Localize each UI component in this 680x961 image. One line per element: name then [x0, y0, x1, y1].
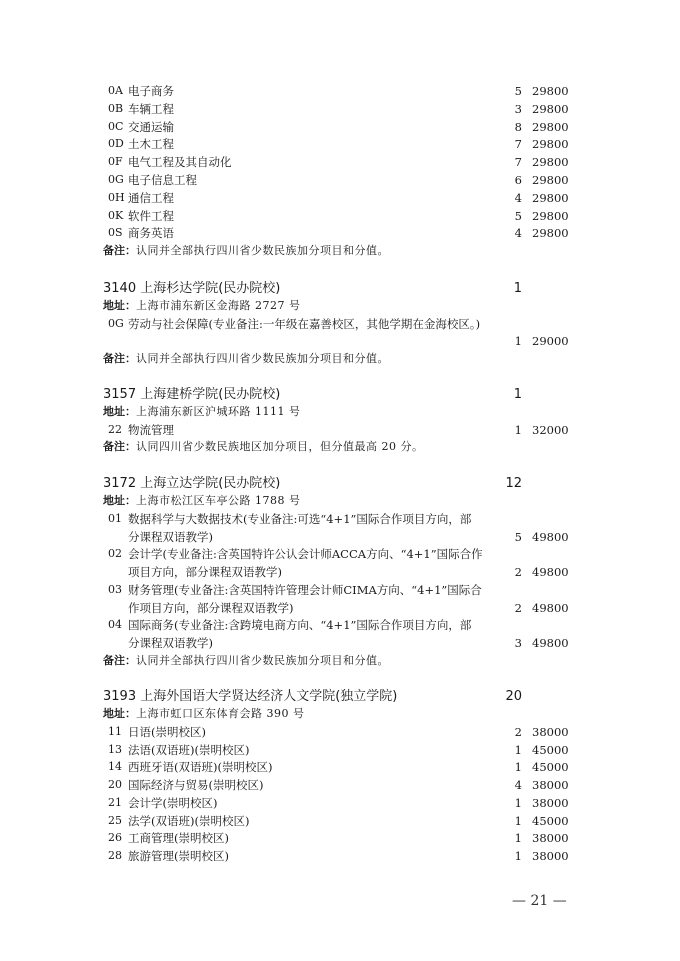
- school-title: 3140 上海杉达学院(民办院校): [103, 279, 280, 299]
- major-count: 5: [508, 82, 522, 100]
- address-row: 地址：上海市浦东新区金海路 2727 号: [0, 297, 680, 315]
- major-name: 劳动与社会保障(专业备注:一年级在嘉善校区，其他学期在金海校区。): [128, 315, 480, 333]
- major-name: 车辆工程: [128, 100, 174, 118]
- major-fee: 45000: [532, 741, 568, 759]
- note-label: 备注：: [103, 440, 136, 453]
- major-count: 2: [508, 563, 522, 581]
- major-row: 20 国际经济与贸易(崇明校区) 4 38000: [0, 776, 680, 794]
- major-fee: 49800: [532, 528, 568, 546]
- major-fee: 29800: [532, 100, 568, 118]
- major-code: 28: [108, 847, 122, 865]
- major-row: 0A 电子商务 5 29800: [0, 82, 680, 100]
- major-code: 13: [108, 741, 122, 759]
- major-row-continued: 项目方向，部分课程双语教学) 2 49800: [0, 563, 680, 581]
- major-row: 14 西班牙语(双语班)(崇明校区) 1 45000: [0, 758, 680, 776]
- school-address: 地址：上海浦东新区沪城环路 1111 号: [103, 403, 301, 421]
- address-row: 地址：上海浦东新区沪城环路 1111 号: [0, 403, 680, 421]
- major-row: 03 财务管理(专业备注:含英国特许管理会计师CIMA方向、“4+1”国际合: [0, 581, 680, 599]
- school-count: 20: [500, 687, 522, 707]
- major-row-continued: 分课程双语教学) 3 49800: [0, 634, 680, 652]
- major-row: 0S 商务英语 4 29800: [0, 224, 680, 242]
- major-code: 0C: [108, 118, 123, 136]
- major-fee: 29800: [532, 82, 568, 100]
- major-fee: 38000: [532, 847, 568, 865]
- major-fee: 49800: [532, 634, 568, 652]
- major-count: 2: [508, 599, 522, 617]
- major-fee: 38000: [532, 723, 568, 741]
- major-name: 软件工程: [128, 207, 174, 225]
- note-text: 备注：认同并全部执行四川省少数民族加分项目和分值。: [103, 242, 389, 260]
- major-count: 1: [508, 421, 522, 439]
- major-row: 28 旅游管理(崇明校区) 1 38000: [0, 847, 680, 865]
- address-label: 地址：: [103, 405, 136, 418]
- major-code: 25: [108, 812, 122, 830]
- major-row: 21 会计学(崇明校区) 1 38000: [0, 794, 680, 812]
- major-row-continued: 1 29000: [0, 332, 680, 350]
- major-name: 商务英语: [128, 224, 174, 242]
- major-fee: 29800: [532, 224, 568, 242]
- major-code: 21: [108, 794, 122, 812]
- major-name: 国际经济与贸易(崇明校区): [128, 776, 263, 794]
- major-row: 0D 土木工程 7 29800: [0, 135, 680, 153]
- major-count: 7: [508, 135, 522, 153]
- page-number: — 21 —: [512, 893, 567, 909]
- document-page: 0A 电子商务 5 29800 0B 车辆工程 3 29800 0C 交通运输 …: [0, 0, 680, 961]
- major-row: 11 日语(崇明校区) 2 38000: [0, 723, 680, 741]
- major-name: 旅游管理(崇明校区): [128, 847, 229, 865]
- major-name: 工商管理(崇明校区): [128, 829, 229, 847]
- note-text: 备注：认同四川省少数民族地区加分项目，但分值最高 20 分。: [103, 438, 424, 456]
- major-row: 26 工商管理(崇明校区) 1 38000: [0, 829, 680, 847]
- school-count: 1: [500, 279, 522, 299]
- major-name: 土木工程: [128, 135, 174, 153]
- major-code: 03: [108, 581, 122, 599]
- major-code: 0H: [108, 189, 125, 207]
- school-address: 地址：上海市浦东新区金海路 2727 号: [103, 297, 301, 315]
- major-fee: 45000: [532, 812, 568, 830]
- major-row: 0H 通信工程 4 29800: [0, 189, 680, 207]
- major-name-continued: 分课程双语教学): [128, 634, 213, 652]
- major-count: 4: [508, 776, 522, 794]
- major-fee: 29000: [532, 332, 568, 350]
- major-count: 8: [508, 118, 522, 136]
- address-label: 地址：: [103, 299, 136, 312]
- major-code: 01: [108, 510, 122, 528]
- note-label: 备注：: [103, 352, 136, 365]
- major-row: 0F 电气工程及其自动化 7 29800: [0, 153, 680, 171]
- major-row: 0G 电子信息工程 6 29800: [0, 171, 680, 189]
- school-header: 3193 上海外国语大学贤达经济人文学院(独立学院) 20: [0, 687, 680, 707]
- note-text: 备注：认同并全部执行四川省少数民族加分项目和分值。: [103, 350, 389, 368]
- major-fee: 32000: [532, 421, 568, 439]
- major-fee: 38000: [532, 794, 568, 812]
- major-row: 0G 劳动与社会保障(专业备注:一年级在嘉善校区，其他学期在金海校区。): [0, 315, 680, 333]
- major-fee: 45000: [532, 758, 568, 776]
- major-fee: 29800: [532, 207, 568, 225]
- major-code: 0G: [108, 171, 124, 189]
- school-address: 地址：上海市松江区车亭公路 1788 号: [103, 492, 301, 510]
- major-count: 4: [508, 189, 522, 207]
- major-row: 0B 车辆工程 3 29800: [0, 100, 680, 118]
- school-header: 3140 上海杉达学院(民办院校) 1: [0, 279, 680, 299]
- major-count: 1: [508, 758, 522, 776]
- major-count: 4: [508, 224, 522, 242]
- major-code: 0G: [108, 315, 124, 333]
- major-count: 6: [508, 171, 522, 189]
- major-code: 20: [108, 776, 122, 794]
- major-name: 电子信息工程: [128, 171, 197, 189]
- major-code: 04: [108, 616, 122, 634]
- major-code: 11: [108, 723, 122, 741]
- note-row: 备注：认同并全部执行四川省少数民族加分项目和分值。: [0, 652, 680, 670]
- address-row: 地址：上海市松江区车亭公路 1788 号: [0, 492, 680, 510]
- major-name: 数据科学与大数据技术(专业备注:可选“4+1”国际合作项目方向，部: [128, 510, 471, 528]
- school-count: 12: [500, 474, 522, 494]
- address-label: 地址：: [103, 494, 136, 507]
- major-row: 13 法语(双语班)(崇明校区) 1 45000: [0, 741, 680, 759]
- major-fee: 29800: [532, 189, 568, 207]
- school-title: 3157 上海建桥学院(民办院校): [103, 385, 280, 405]
- major-fee: 29800: [532, 135, 568, 153]
- address-row: 地址：上海市虹口区东体育会路 390 号: [0, 705, 680, 723]
- major-name: 会计学(崇明校区): [128, 794, 217, 812]
- major-row: 02 会计学(专业备注:含英国特许公认会计师ACCA方向、“4+1”国际合作: [0, 545, 680, 563]
- major-code: 0B: [108, 100, 123, 118]
- major-count: 3: [508, 100, 522, 118]
- school-title: 3193 上海外国语大学贤达经济人文学院(独立学院): [103, 687, 397, 707]
- major-count: 1: [508, 794, 522, 812]
- note-label: 备注：: [103, 654, 136, 667]
- major-name: 交通运输: [128, 118, 174, 136]
- major-code: 0K: [108, 207, 123, 225]
- major-row: 01 数据科学与大数据技术(专业备注:可选“4+1”国际合作项目方向，部: [0, 510, 680, 528]
- major-name: 国际商务(专业备注:含跨境电商方向、“4+1”国际合作项目方向，部: [128, 616, 471, 634]
- school-header: 3157 上海建桥学院(民办院校) 1: [0, 385, 680, 405]
- major-code: 26: [108, 829, 122, 847]
- major-code: 0A: [108, 82, 123, 100]
- major-name: 西班牙语(双语班)(崇明校区): [128, 758, 272, 776]
- major-code: 0S: [108, 224, 123, 242]
- major-fee: 38000: [532, 829, 568, 847]
- major-count: 7: [508, 153, 522, 171]
- major-name: 法语(双语班)(崇明校区): [128, 741, 249, 759]
- major-row: 0K 软件工程 5 29800: [0, 207, 680, 225]
- major-count: 5: [508, 528, 522, 546]
- major-fee: 29800: [532, 171, 568, 189]
- major-code: 02: [108, 545, 122, 563]
- major-code: 14: [108, 758, 122, 776]
- major-name: 会计学(专业备注:含英国特许公认会计师ACCA方向、“4+1”国际合作: [128, 545, 483, 563]
- school-address: 地址：上海市虹口区东体育会路 390 号: [103, 705, 305, 723]
- school-header: 3172 上海立达学院(民办院校) 12: [0, 474, 680, 494]
- major-row-continued: 分课程双语教学) 5 49800: [0, 528, 680, 546]
- major-row: 04 国际商务(专业备注:含跨境电商方向、“4+1”国际合作项目方向，部: [0, 616, 680, 634]
- major-count: 2: [508, 723, 522, 741]
- major-count: 1: [508, 812, 522, 830]
- address-label: 地址：: [103, 707, 136, 720]
- major-fee: 29800: [532, 118, 568, 136]
- note-row: 备注：认同并全部执行四川省少数民族加分项目和分值。: [0, 242, 680, 260]
- major-name: 通信工程: [128, 189, 174, 207]
- major-name: 电气工程及其自动化: [128, 153, 232, 171]
- major-name-continued: 分课程双语教学): [128, 528, 213, 546]
- note-text: 备注：认同并全部执行四川省少数民族加分项目和分值。: [103, 652, 389, 670]
- major-code: 0F: [108, 153, 123, 171]
- major-fee: 49800: [532, 563, 568, 581]
- note-row: 备注：认同并全部执行四川省少数民族加分项目和分值。: [0, 350, 680, 368]
- major-code: 0D: [108, 135, 124, 153]
- note-row: 备注：认同四川省少数民族地区加分项目，但分值最高 20 分。: [0, 438, 680, 456]
- major-name-continued: 作项目方向，部分课程双语教学): [128, 599, 294, 617]
- major-row: 25 法学(双语班)(崇明校区) 1 45000: [0, 812, 680, 830]
- school-count: 1: [500, 385, 522, 405]
- school-title: 3172 上海立达学院(民办院校): [103, 474, 280, 494]
- major-count: 1: [508, 829, 522, 847]
- major-row-continued: 作项目方向，部分课程双语教学) 2 49800: [0, 599, 680, 617]
- major-fee: 29800: [532, 153, 568, 171]
- major-name: 物流管理: [128, 421, 174, 439]
- major-name: 法学(双语班)(崇明校区): [128, 812, 249, 830]
- major-name-continued: 项目方向，部分课程双语教学): [128, 563, 282, 581]
- major-count: 1: [508, 332, 522, 350]
- major-count: 1: [508, 847, 522, 865]
- major-count: 3: [508, 634, 522, 652]
- major-fee: 49800: [532, 599, 568, 617]
- major-name: 电子商务: [128, 82, 174, 100]
- major-row: 0C 交通运输 8 29800: [0, 118, 680, 136]
- major-count: 5: [508, 207, 522, 225]
- major-count: 1: [508, 741, 522, 759]
- major-row: 22 物流管理 1 32000: [0, 421, 680, 439]
- major-name: 财务管理(专业备注:含英国特许管理会计师CIMA方向、“4+1”国际合: [128, 581, 482, 599]
- note-label: 备注：: [103, 244, 136, 257]
- major-fee: 38000: [532, 776, 568, 794]
- major-name: 日语(崇明校区): [128, 723, 206, 741]
- major-code: 22: [108, 421, 122, 439]
